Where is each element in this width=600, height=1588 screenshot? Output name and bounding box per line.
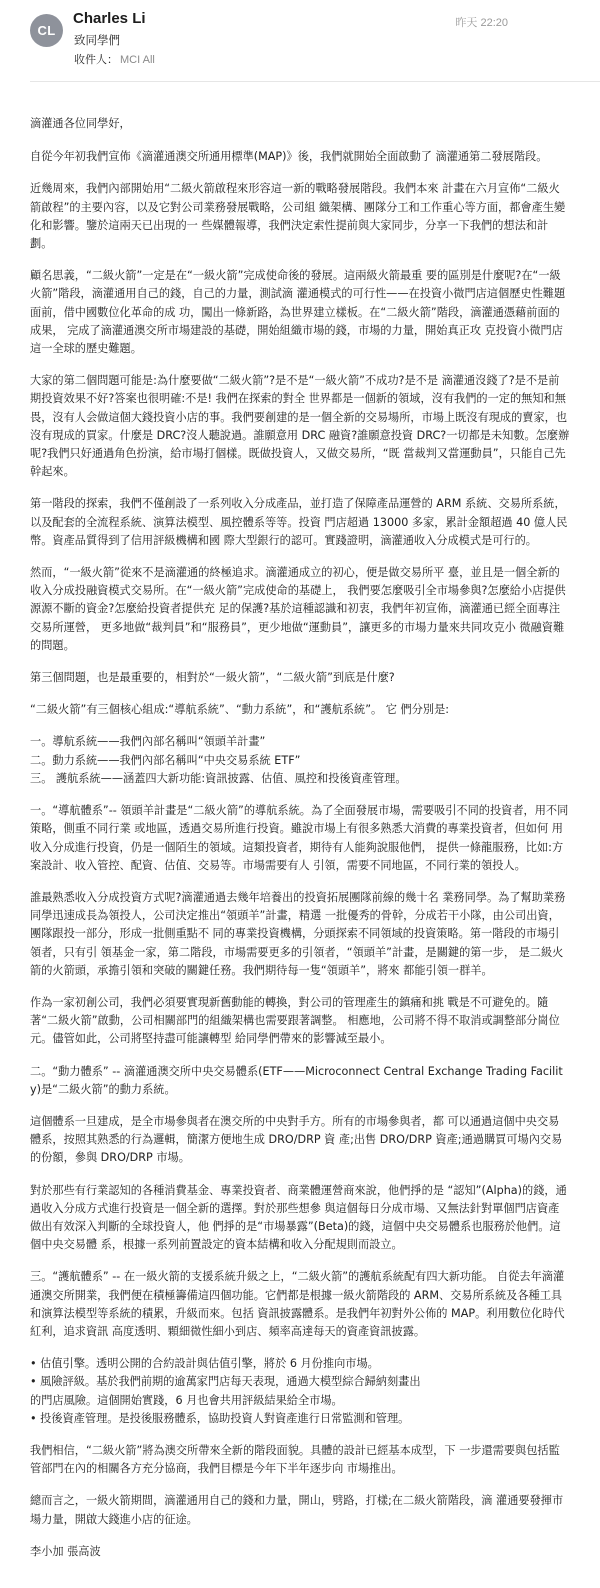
list-item: 一。導航系統——我們內部名稱叫“領頭羊計畫” — [30, 733, 570, 751]
recipients-value[interactable]: MCI All — [120, 54, 155, 66]
list-item: 二。動力系統——我們內部名稱叫“中央交易系統 ETF” — [30, 752, 570, 770]
paragraph: 自從今年初我們宣佈《滴灌通澳交所通用標準(MAP)》後，我們就開始全面啟動了 滴… — [30, 148, 570, 166]
sender-name[interactable]: Charles Li — [73, 10, 146, 27]
header-divider — [30, 81, 600, 82]
paragraph: 第三個問題，也是最重要的，相對於“一級火箭”，“二級火箭”到底是什麼? — [30, 669, 570, 687]
paragraph: 近幾周來，我們內部開始用“二級火箭啟程來形容這一新的戰略發展階段。我們本來 計畫… — [30, 180, 570, 253]
list-item: • 估值引擎。透明公開的合約設計與估值引擎，將於 6 月份推向市場。 — [30, 1355, 570, 1373]
features-list: • 估值引擎。透明公開的合約設計與估值引擎，將於 6 月份推向市場。 • 風險評… — [30, 1355, 570, 1428]
list-item: 三。 護航系統——涵蓋四大新功能:資訊披露、估值、風控和投後資產管理。 — [30, 770, 570, 788]
paragraph: 這個體系一旦建成，是全市場參與者在澳交所的中央對手方。所有的市場參與者，都 可以… — [30, 1113, 570, 1168]
paragraph: 第一階段的探索，我們不僅創設了一系列收入分成產品，並打造了保障產品運營的 ARM… — [30, 495, 570, 550]
email-body: 滴灌通各位同學好， 自從今年初我們宣佈《滴灌通澳交所通用標準(MAP)》後，我們… — [0, 82, 600, 1561]
paragraph: 二。“動力體系” -- 滴灌通澳交所中央交易體系(ETF——Microconne… — [30, 1063, 570, 1099]
paragraph: 對於那些有行業認知的各種消費基金、專業投資者、商業體運營商來說，他們掙的是 “認… — [30, 1182, 570, 1255]
paragraph: 然而，“一級火箭”從來不是滴灌通的終極追求。滴灌通成立的初心，便是做交易所平 臺… — [30, 564, 570, 655]
list-item: • 風險評級。基於我們前期的逾萬家門店每天表現，通過大模型綜合歸納刻畫出 — [30, 1373, 570, 1391]
paragraph: 誰最熟悉收入分成投資方式呢?滴灌通過去幾年培養出的投資拓展團隊前線的幾十名 業務… — [30, 889, 570, 980]
email-timestamp: 昨天 22:20 — [455, 14, 508, 30]
email-header: CL Charles Li 致同學們 收件人：MCI All 昨天 22:20 — [0, 0, 600, 82]
list-item: • 投後資產管理。是投後服務體系，協助投資人對資產進行日常監測和管理。 — [30, 1410, 570, 1428]
paragraph: 總而言之，一級火箭期間，滴灌通用自己的錢和力量，開山，劈路，打樣;在二級火箭階段… — [30, 1492, 570, 1528]
paragraph: “二級火箭”有三個核心組成:“導航系統”、“動力系統”，和“護航系統”。 它 們… — [30, 701, 570, 719]
paragraph: 顧名思義，“二級火箭”一定是在“一級火箭”完成使命後的發展。這兩級火箭最重 要的… — [30, 267, 570, 358]
recipients-line: 收件人：MCI All — [74, 51, 155, 67]
list-item: 的門店風險。這個開始實踐，6 月也會共用評級結果給全市場。 — [30, 1392, 570, 1410]
sender-avatar[interactable]: CL — [30, 14, 63, 47]
paragraph: 作為一家初創公司，我們必須要實現新舊動能的轉換，對公司的管理產生的鎮痛和挑 戰是… — [30, 994, 570, 1049]
greeting: 滴灌通各位同學好， — [30, 115, 570, 133]
paragraph: 我們相信，“二級火箭”將為澳交所帶來全新的階段面貌。具體的設計已經基本成型，下 … — [30, 1442, 570, 1478]
recipients-label: 收件人： — [74, 53, 118, 66]
components-list: 一。導航系統——我們內部名稱叫“領頭羊計畫” 二。動力系統——我們內部名稱叫“中… — [30, 733, 570, 788]
paragraph: 三。“護航體系” -- 在一級火箭的支援系統升級之上，“二級火箭”的護航系統配有… — [30, 1268, 570, 1341]
paragraph: 大家的第二個問題可能是:為什麼要做“二級火箭”?是不是“一級火箭”不成功?是不是… — [30, 372, 570, 481]
email-subject: 致同學們 — [74, 32, 120, 48]
paragraph: 一。“導航體系”-- 領頭羊計畫是“二級火箭”的導航系統。為了全面發展市場，需要… — [30, 802, 570, 875]
signature: 李小加 張高波 — [30, 1543, 570, 1561]
